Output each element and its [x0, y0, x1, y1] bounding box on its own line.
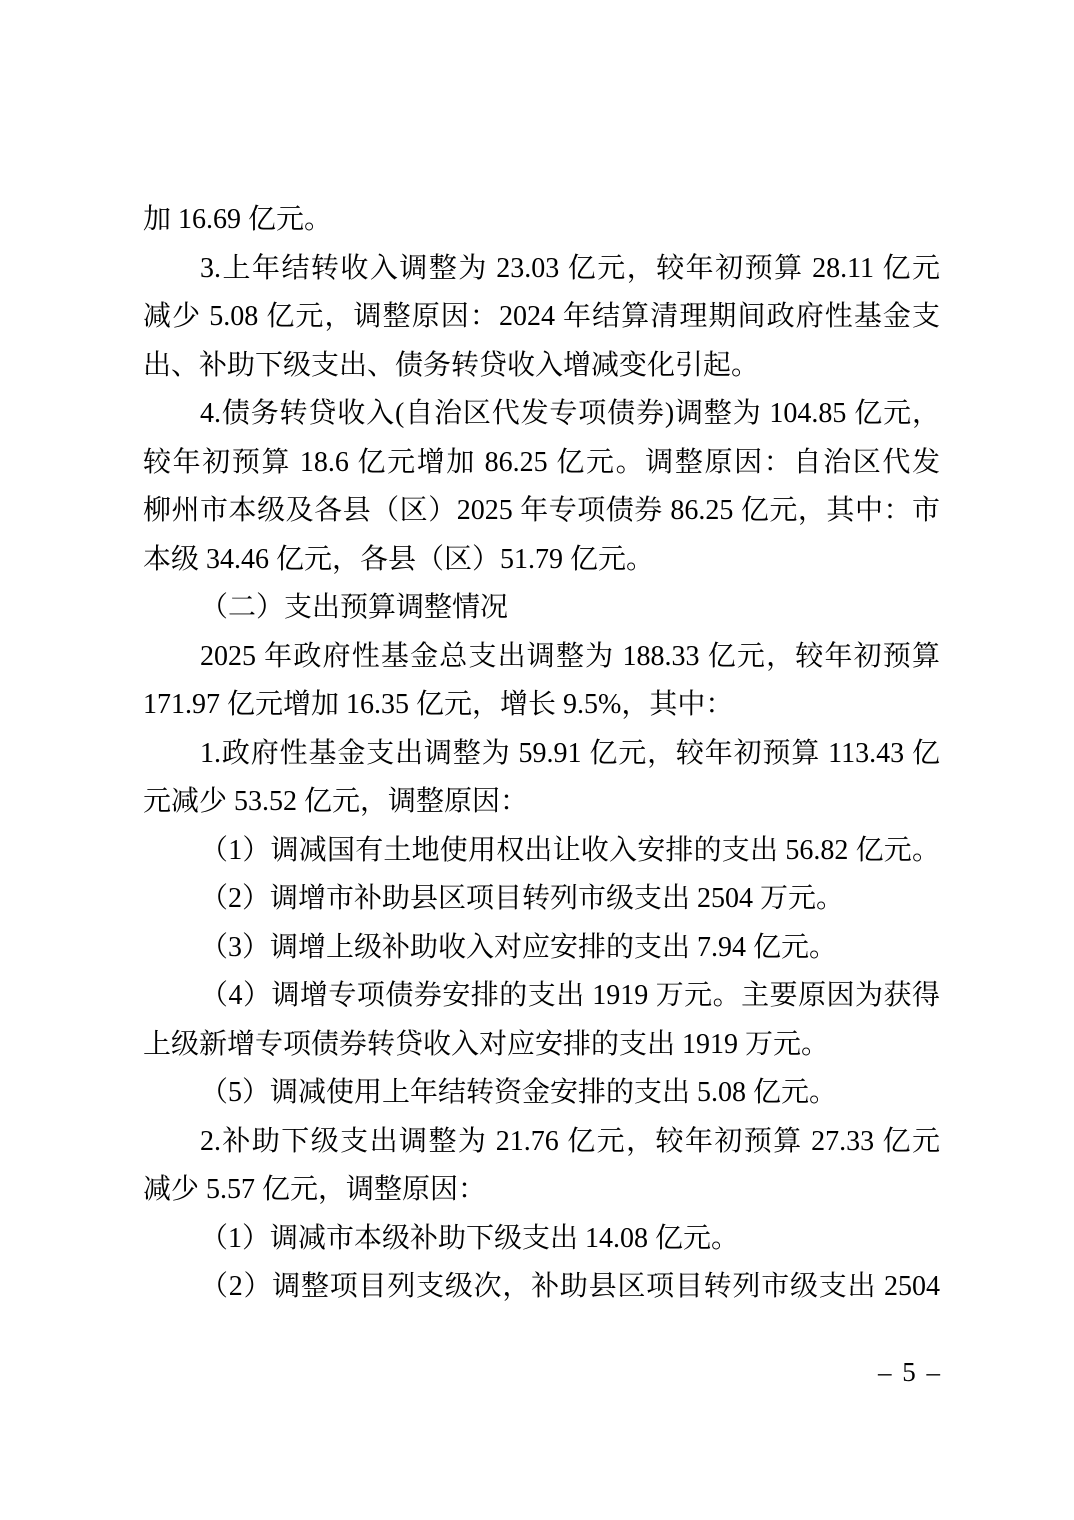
text-line: （3）调增上级补助收入对应安排的支出 7.94 亿元。 — [143, 924, 940, 973]
text-line: （2）调增市补助县区项目转列市级支出 2504 万元。 — [143, 875, 940, 924]
text-line: 171.97 亿元增加 16.35 亿元，增长 9.5%，其中： — [143, 681, 940, 730]
text-line: （二）支出预算调整情况 — [143, 584, 940, 633]
text-line: （2）调整项目列支级次，补助县区项目转列市级支出 2504 — [143, 1263, 940, 1312]
text-line: 出、补助下级支出、债务转贷收入增减变化引起。 — [143, 342, 940, 391]
text-line: 柳州市本级及各县（区）2025 年专项债券 86.25 亿元，其中：市 — [143, 487, 940, 536]
text-line: （1）调减国有土地使用权出让收入安排的支出 56.82 亿元。 — [143, 827, 940, 876]
text-line: 2.补助下级支出调整为 21.76 亿元，较年初预算 27.33 亿元 — [143, 1118, 940, 1167]
text-line: （4）调增专项债券安排的支出 1919 万元。主要原因为获得 — [143, 972, 940, 1021]
text-line: 减少 5.57 亿元，调整原因： — [143, 1166, 940, 1215]
text-line: 本级 34.46 亿元，各县（区）51.79 亿元。 — [143, 536, 940, 585]
document-body: 加 16.69 亿元。3.上年结转收入调整为 23.03 亿元，较年初预算 28… — [143, 196, 940, 1312]
text-line: 较年初预算 18.6 亿元增加 86.25 亿元。调整原因：自治区代发 — [143, 439, 940, 488]
text-line: 元减少 53.52 亿元，调整原因： — [143, 778, 940, 827]
text-line: 减少 5.08 亿元，调整原因：2024 年结算清理期间政府性基金支 — [143, 293, 940, 342]
text-line: （5）调减使用上年结转资金安排的支出 5.08 亿元。 — [143, 1069, 940, 1118]
page-number: – 5 – — [878, 1356, 942, 1388]
text-line: 上级新增专项债券转贷收入对应安排的支出 1919 万元。 — [143, 1021, 940, 1070]
text-line: 1.政府性基金支出调整为 59.91 亿元，较年初预算 113.43 亿 — [143, 730, 940, 779]
text-line: 2025 年政府性基金总支出调整为 188.33 亿元，较年初预算 — [143, 633, 940, 682]
text-line: 3.上年结转收入调整为 23.03 亿元，较年初预算 28.11 亿元 — [143, 245, 940, 294]
text-line: 4.债务转贷收入(自治区代发专项债券)调整为 104.85 亿元， — [143, 390, 940, 439]
text-line: （1）调减市本级补助下级支出 14.08 亿元。 — [143, 1215, 940, 1264]
text-line: 加 16.69 亿元。 — [143, 196, 940, 245]
